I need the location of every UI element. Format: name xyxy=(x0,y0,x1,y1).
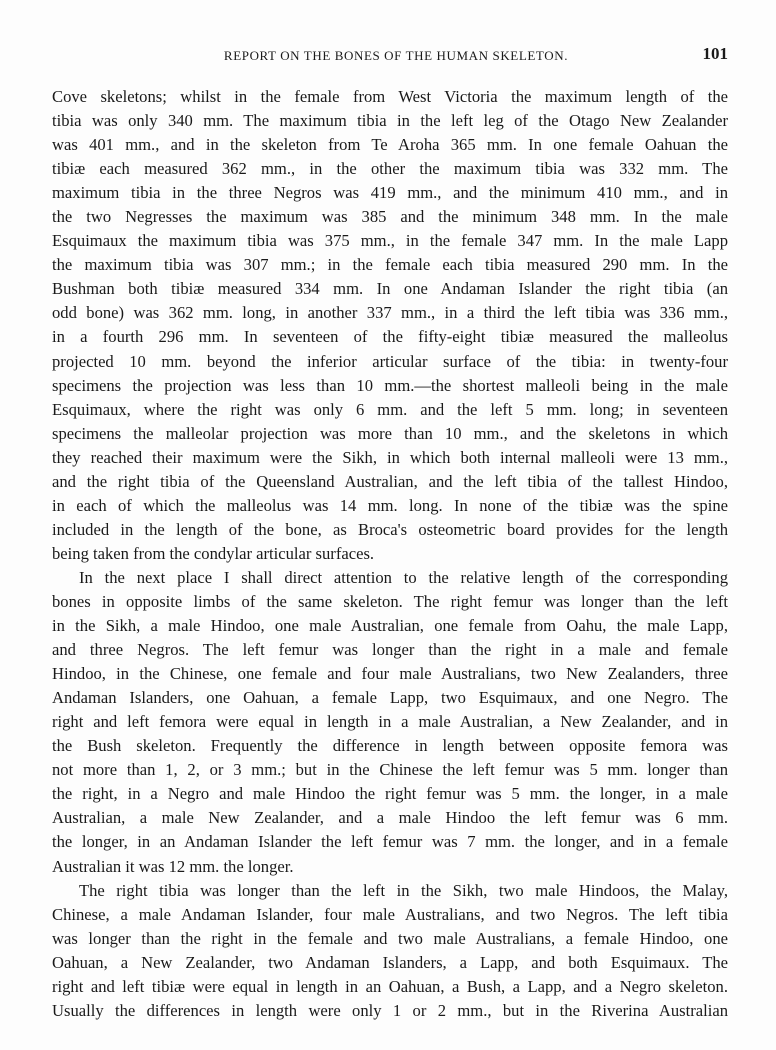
running-head: REPORT ON THE BONES OF THE HUMAN SKELETO… xyxy=(52,48,728,64)
text-line: was 401 mm., and in the skeleton from Te… xyxy=(52,133,728,157)
text-line: right and left tibiæ were equal in lengt… xyxy=(52,975,728,999)
text-line: tibiæ each measured 362 mm., in the othe… xyxy=(52,157,728,181)
text-line: and three Negros. The left femur was lon… xyxy=(52,638,728,662)
text-line: in each of which the malleolus was 14 mm… xyxy=(52,494,728,518)
document-page: REPORT ON THE BONES OF THE HUMAN SKELETO… xyxy=(0,0,776,1050)
text-line: being taken from the condylar articular … xyxy=(52,542,728,566)
text-line: specimens the projection was less than 1… xyxy=(52,374,728,398)
text-line: maximum tibia in the three Negros was 41… xyxy=(52,181,728,205)
text-line: Andaman Islanders, one Oahuan, a female … xyxy=(52,686,728,710)
paragraph-1: Cove skeletons; whilst in the female fro… xyxy=(52,85,728,566)
paragraph-3: The right tibia was longer than the left… xyxy=(52,879,728,1023)
text-line: In the next place I shall direct attenti… xyxy=(52,566,728,590)
text-line: projected 10 mm. beyond the inferior art… xyxy=(52,350,728,374)
text-line: and the right tibia of the Queensland Au… xyxy=(52,470,728,494)
text-line: the Bush skeleton. Frequently the differ… xyxy=(52,734,728,758)
text-line: Bushman both tibiæ measured 334 mm. In o… xyxy=(52,277,728,301)
page-header: REPORT ON THE BONES OF THE HUMAN SKELETO… xyxy=(52,44,728,68)
text-line: Esquimaux the maximum tibia was 375 mm.,… xyxy=(52,229,728,253)
text-line: in a fourth 296 mm. In seventeen of the … xyxy=(52,325,728,349)
text-line: tibia was only 340 mm. The maximum tibia… xyxy=(52,109,728,133)
text-line: Cove skeletons; whilst in the female fro… xyxy=(52,85,728,109)
text-line: The right tibia was longer than the left… xyxy=(52,879,728,903)
text-line: was longer than the right in the female … xyxy=(52,927,728,951)
text-line: right and left femora were equal in leng… xyxy=(52,710,728,734)
text-line: Oahuan, a New Zealander, two Andaman Isl… xyxy=(52,951,728,975)
text-line: odd bone) was 362 mm. long, in another 3… xyxy=(52,301,728,325)
text-line: Australian it was 12 mm. the longer. xyxy=(52,855,728,879)
text-line: in the Sikh, a male Hindoo, one male Aus… xyxy=(52,614,728,638)
text-line: Hindoo, in the Chinese, one female and f… xyxy=(52,662,728,686)
text-line: Chinese, a male Andaman Islander, four m… xyxy=(52,903,728,927)
text-line: bones in opposite limbs of the same skel… xyxy=(52,590,728,614)
text-line: the two Negresses the maximum was 385 an… xyxy=(52,205,728,229)
text-line: the longer, in an Andaman Islander the l… xyxy=(52,830,728,854)
body-text: Cove skeletons; whilst in the female fro… xyxy=(52,85,728,1023)
text-line: the maximum tibia was 307 mm.; in the fe… xyxy=(52,253,728,277)
page-number: 101 xyxy=(703,44,729,64)
text-line: the right, in a Negro and male Hindoo th… xyxy=(52,782,728,806)
text-line: they reached their maximum were the Sikh… xyxy=(52,446,728,470)
text-line: Usually the differences in length were o… xyxy=(52,999,728,1023)
text-line: Esquimaux, where the right was only 6 mm… xyxy=(52,398,728,422)
text-line: Australian, a male New Zealander, and a … xyxy=(52,806,728,830)
paragraph-2: In the next place I shall direct attenti… xyxy=(52,566,728,879)
text-line: specimens the malleolar projection was m… xyxy=(52,422,728,446)
text-line: not more than 1, 2, or 3 mm.; but in the… xyxy=(52,758,728,782)
text-line: included in the length of the bone, as B… xyxy=(52,518,728,542)
